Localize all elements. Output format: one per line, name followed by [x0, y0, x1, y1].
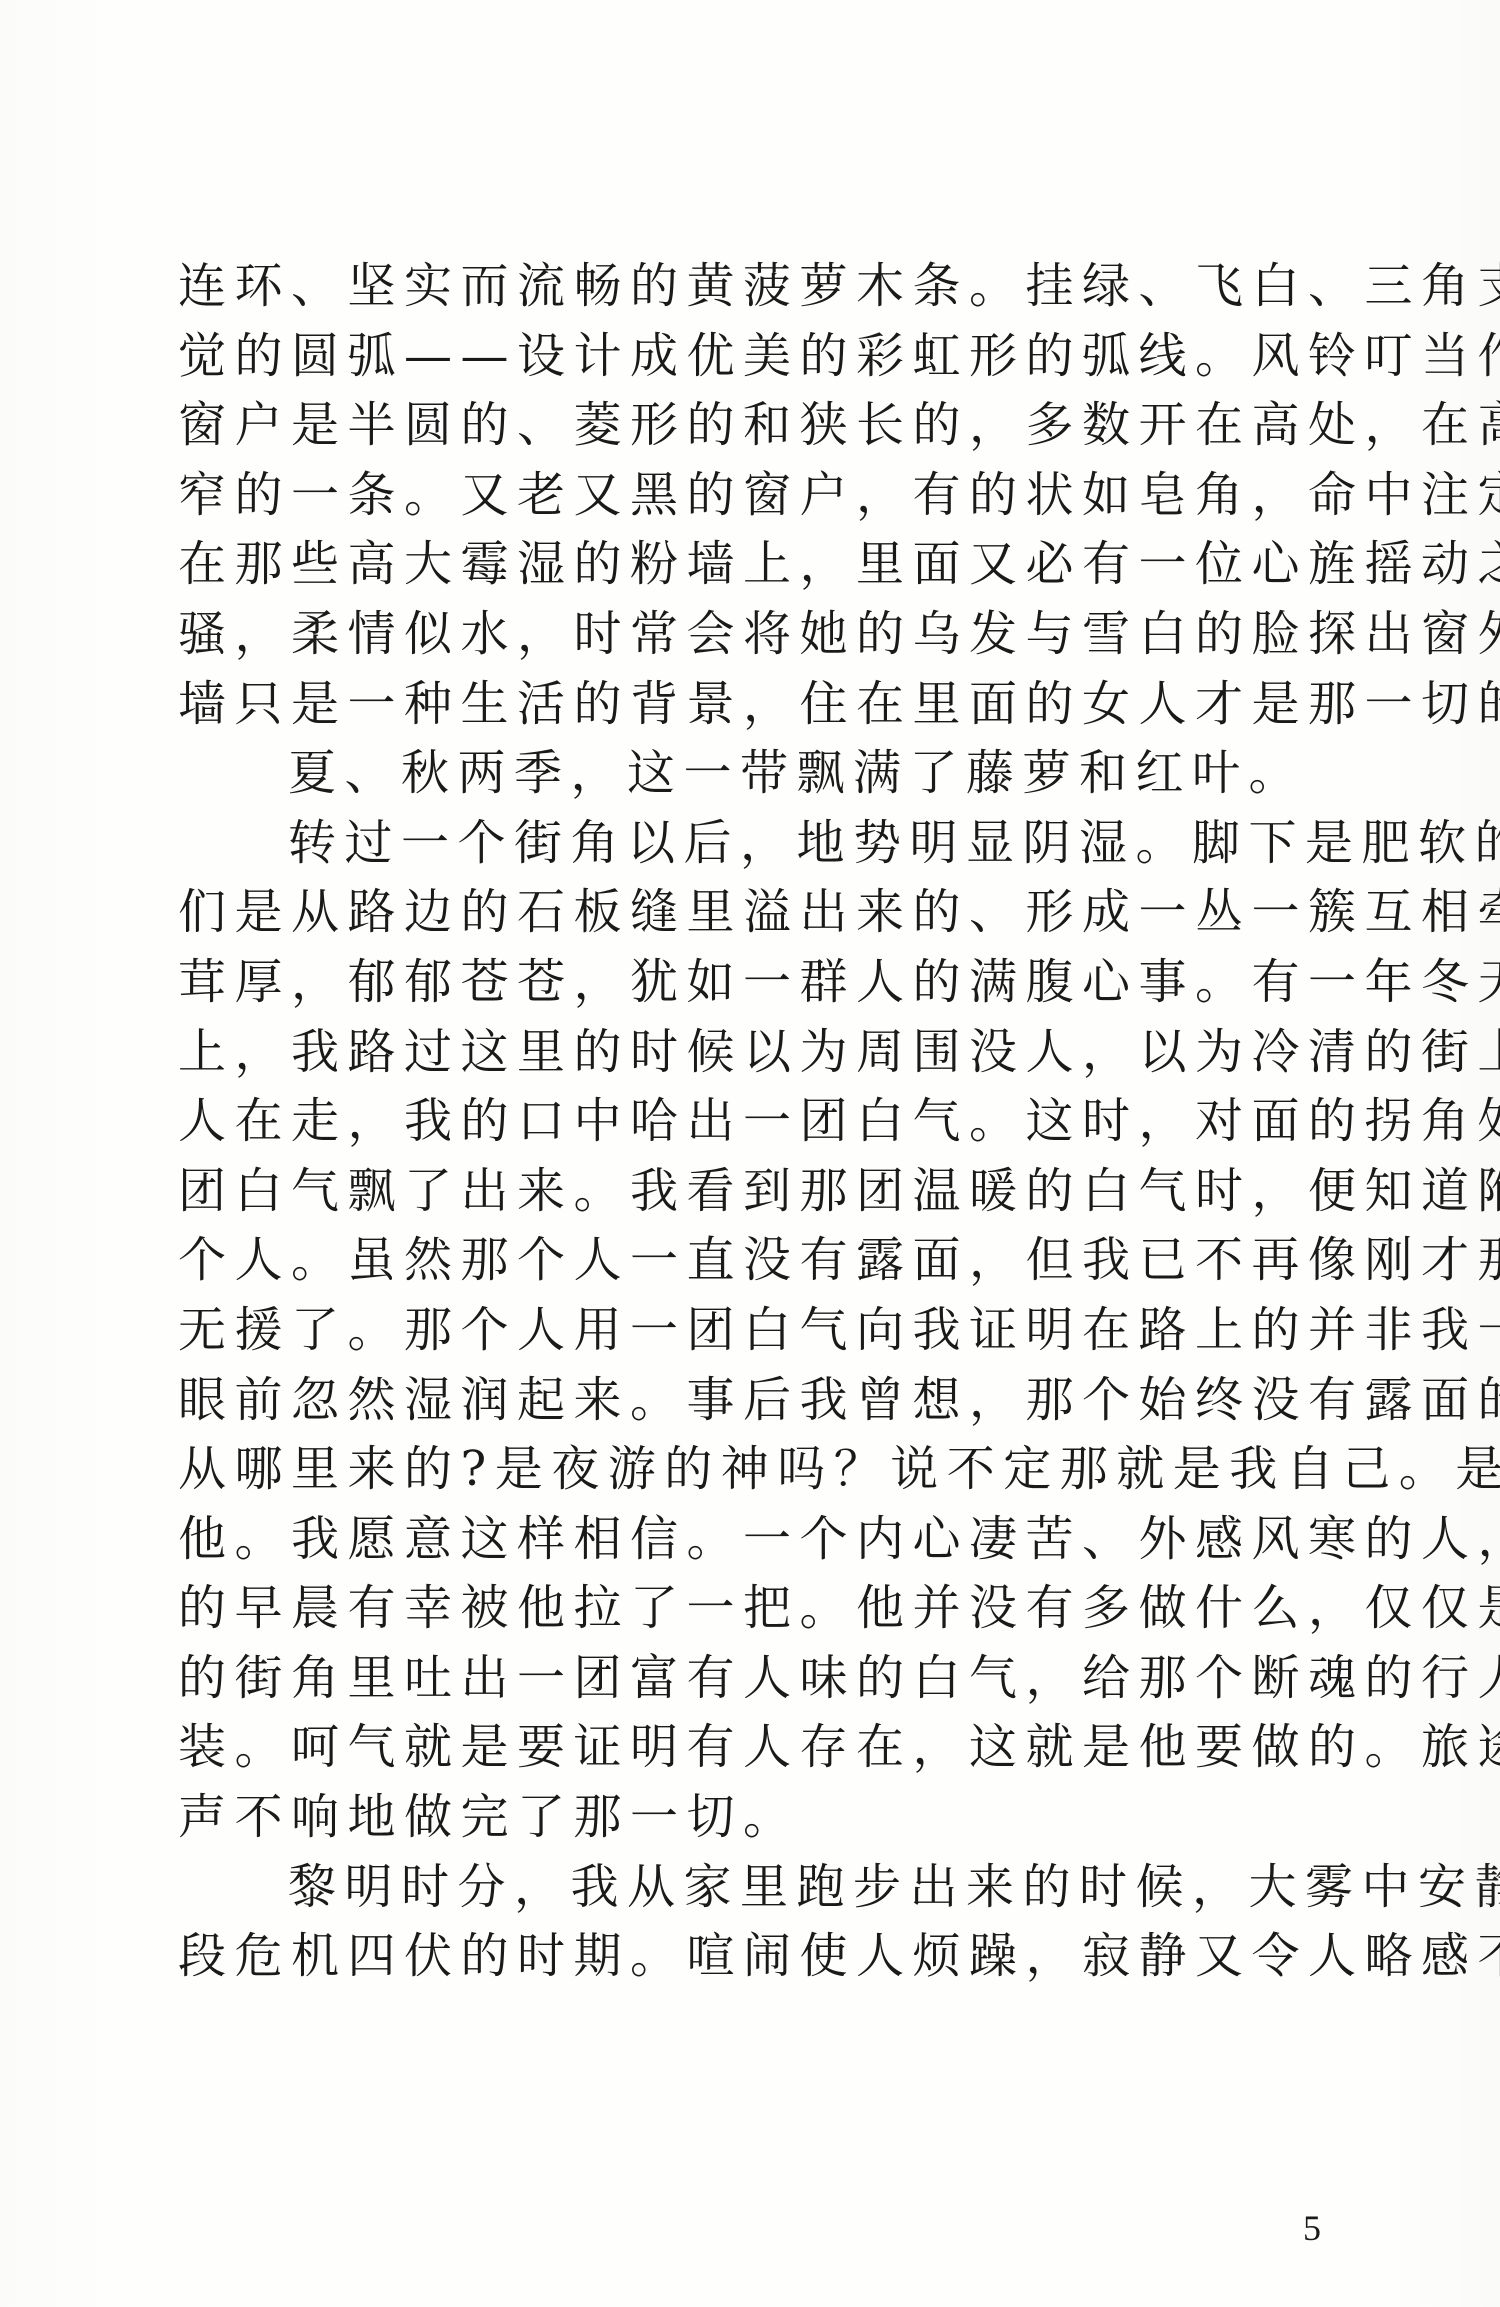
text-line: 们是从路边的石板缝里溢出来的、形成一丛一簇互相牵连在一起，	[178, 878, 1323, 948]
text-line: 声不响地做完了那一切。	[178, 1783, 1323, 1853]
text-line: 眼前忽然湿润起来。事后我曾想，那个始终没有露面的人是谁？是	[178, 1366, 1323, 1436]
text-line: 他。我愿意这样相信。一个内心凄苦、外感风寒的人，在一个冬天	[178, 1505, 1323, 1575]
body-text: 连环、坚实而流畅的黄菠萝木条。挂绿、飞白、三角支架、调整视 觉的圆弧——设计成优…	[178, 252, 1323, 1992]
text-line: 无援了。那个人用一团白气向我证明在路上的并非我一个……我的	[178, 1296, 1323, 1366]
text-line: 个人。虽然那个人一直没有露面，但我已不再像刚才那样感到孤立	[178, 1226, 1323, 1296]
text-line: 装。呵气就是要证明有人存在，这就是他要做的。旅途归来，他不	[178, 1713, 1323, 1783]
text-line: 从哪里来的?是夜游的神吗？说不定那就是我自己。是的，一定是	[178, 1435, 1323, 1505]
text-line: 上，我路过这里的时候以为周围没人，以为冷清的街上只有我一个	[178, 1018, 1323, 1088]
text-line: 转过一个街角以后，地势明显阴湿。脚下是肥软的青苔。它	[178, 809, 1323, 879]
text-line: 连环、坚实而流畅的黄菠萝木条。挂绿、飞白、三角支架、调整视	[178, 252, 1323, 322]
text-line: 窗户是半圆的、菱形的和狭长的，多数开在高处，在高墙上形成窄	[178, 391, 1323, 461]
text-line: 团白气飘了出来。我看到那团温暖的白气时，便知道附近不止我一	[178, 1157, 1323, 1227]
book-page: 连环、坚实而流畅的黄菠萝木条。挂绿、飞白、三角支架、调整视 觉的圆弧——设计成优…	[0, 0, 1500, 2307]
text-line: 觉的圆弧——设计成优美的彩虹形的弧线。风铃叮当作响。乌木的	[178, 322, 1323, 392]
text-line: 的街角里吐出一团富有人味的白气，给那个断魂的行人以温暖和武	[178, 1644, 1323, 1714]
text-line: 在那些高大霉湿的粉墙上，里面又必有一位心旌摇动之人，体态风	[178, 530, 1323, 600]
text-line: 茸厚，郁郁苍苍，犹如一群人的满腹心事。有一年冬天的一个早	[178, 948, 1323, 1018]
text-line: 墙只是一种生活的背景，住在里面的女人才是那一切的灵魂。	[178, 670, 1323, 740]
text-line: 夏、秋两季，这一带飘满了藤萝和红叶。	[178, 739, 1323, 809]
text-line: 段危机四伏的时期。喧闹使人烦躁，寂静又令人略感不安。得陇望	[178, 1922, 1323, 1992]
text-line: 黎明时分，我从家里跑步出来的时候，大雾中安静的街道如一	[178, 1853, 1323, 1923]
text-line: 骚，柔情似水，时常会将她的乌发与雪白的脸探出窗外。黑窗与白	[178, 600, 1323, 670]
text-line: 的早晨有幸被他拉了一把。他并没有多做什么，仅仅是在那个昏暗	[178, 1574, 1323, 1644]
text-line: 窄的一条。又老又黑的窗户，有的状如皂角，命中注定它们要镶嵌	[178, 461, 1323, 531]
page-number: 5	[1303, 2207, 1321, 2249]
text-line: 人在走，我的口中哈出一团白气。这时，对面的拐角处忽然也有一	[178, 1087, 1323, 1157]
